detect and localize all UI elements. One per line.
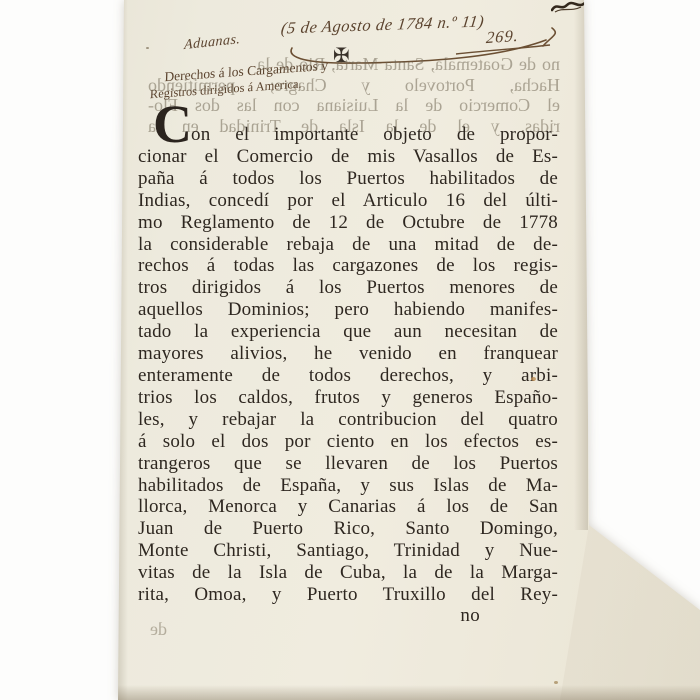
body-line: paña á todos los Puertos habilitados de: [138, 168, 558, 190]
body-line: habilitados de España, y sus Islas de Ma…: [138, 475, 558, 497]
foxing-speck: [554, 681, 558, 684]
paper-left-edge: [118, 0, 128, 700]
body-line: Monte Christi, Santiago, Trinidad y Nue-: [138, 540, 558, 562]
body-line: vitas de la Isla de Cuba, la de la Marga…: [138, 562, 558, 584]
body-line: enteramente de todos derechos, y arbi-: [138, 365, 558, 387]
body-line: rita, Omoa, y Puerto Truxillo del Rey-: [138, 584, 558, 606]
foxing-speck: [531, 377, 536, 381]
body-line: tros dirigidos á los Puertos menores de: [138, 277, 558, 299]
paper-bottom-edge: [0, 685, 700, 700]
body-line: llorca, Menorca y Canarias á los de San: [138, 496, 558, 518]
body-line: Indias, concedí por el Articulo 16 del ú…: [138, 190, 558, 212]
paper-shadow-wrap: (5 de Agosto de 1784 n.º 11) 269. Aduana…: [0, 0, 700, 700]
corner-ink-scribble-icon: [551, 0, 593, 19]
body-line: Juan de Puerto Rico, Santo Domingo,: [138, 518, 558, 540]
paper-right-edge: [574, 0, 588, 530]
body-line: on el importante objeto de propor-: [138, 124, 558, 146]
customs-label: Aduanas.: [184, 32, 241, 54]
body-text: on el importante objeto de propor-cionar…: [138, 124, 558, 606]
showthrough-line: el Comercio de la Luisiana con las dos F…: [148, 95, 560, 116]
body-line: tado la experiencia que aun necesitan de: [138, 321, 558, 343]
showthrough-line: no de Goatemala, Santa Marta, Rio de la: [148, 54, 560, 75]
body-line: mo Reglamento de 12 de Octubre de 1778: [138, 212, 558, 234]
body-line: á solo el dos por ciento en los efectos …: [138, 431, 558, 453]
catchword: no: [138, 605, 558, 627]
body-line: rechos á todas las cargazones de los reg…: [138, 255, 558, 277]
body-line: les, y rebajar la contribucion del quatr…: [138, 409, 558, 431]
foxing-speck: [146, 47, 149, 49]
document-page: (5 de Agosto de 1784 n.º 11) 269. Aduana…: [0, 0, 700, 700]
scan-background: (5 de Agosto de 1784 n.º 11) 269. Aduana…: [0, 0, 700, 700]
body-line: trios los caldos, frutos y generos Españ…: [138, 387, 558, 409]
body-line: aquellos Dominios; pero habiendo manifes…: [138, 299, 558, 321]
body-line: mayores alivios, he venido en franquear: [138, 343, 558, 365]
body-line: cionar el Comercio de mis Vasallos de Es…: [138, 146, 558, 168]
body-line: la considerable rebaja de una mitad de d…: [138, 234, 558, 256]
body-line: trangeros que se llevaren de los Puertos: [138, 453, 558, 475]
showthrough-line: Hacha, Portovelo y Chagre; permitiendo: [148, 75, 560, 96]
